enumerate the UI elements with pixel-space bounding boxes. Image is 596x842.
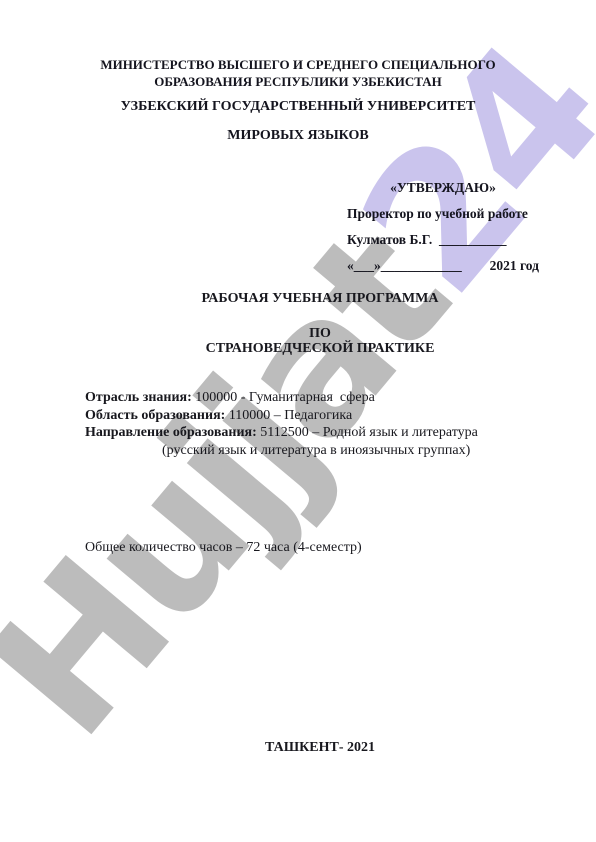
field-row-knowledge-branch: Отрасль знания: 100000 - Гуманитарная сф… <box>85 389 478 407</box>
university-name-line1: УЗБЕКСКИЙ ГОСУДАРСТВЕННЫЙ УНИВЕРСИТЕТ <box>0 99 596 115</box>
university-name-line2: МИРОВЫХ ЯЗЫКОВ <box>0 128 596 144</box>
field-label: Отрасль знания: <box>85 390 192 405</box>
program-title-line3: СТРАНОВЕДЧЕСКОЙ ПРАКТИКЕ <box>44 341 596 357</box>
field-value: 110000 – Педагогика <box>225 408 352 423</box>
approval-year-label: 2021 год <box>490 257 539 274</box>
document-page: Hujjat24 МИНИСТЕРСТВО ВЫСШЕГО И СРЕДНЕГО… <box>0 0 596 842</box>
city-year-footer: ТАШКЕНТ- 2021 <box>44 740 596 756</box>
total-hours-line: Общее количество часов – 72 часа (4-семе… <box>85 540 362 556</box>
field-label: Направление образования: <box>85 425 257 440</box>
study-fields-block: Отрасль знания: 100000 - Гуманитарная сф… <box>85 389 478 459</box>
approval-block: «УТВЕРЖДАЮ» Проректор по учебной работе … <box>347 179 539 283</box>
field-value: 5112500 – Родной язык и литература <box>257 425 478 440</box>
field-label: Область образования: <box>85 408 225 423</box>
field-value: 100000 - Гуманитарная сфера <box>192 390 375 405</box>
field-row-education-area: Область образования: 110000 – Педагогика <box>85 407 478 425</box>
field-row-direction-note: (русский язык и литература в иноязычных … <box>85 442 478 460</box>
program-title-line1: РАБОЧАЯ УЧЕБНАЯ ПРОГРАММА <box>44 291 596 307</box>
approver-position: Проректор по учебной работе <box>347 205 539 222</box>
approval-date-blank: «___»____________ <box>347 257 462 274</box>
approval-stamp-title: «УТВЕРЖДАЮ» <box>347 179 539 196</box>
program-title-line2: ПО <box>44 326 596 342</box>
field-value: (русский язык и литература в иноязычных … <box>162 443 470 458</box>
field-row-education-direction: Направление образования: 5112500 – Родно… <box>85 424 478 442</box>
ministry-title-line1: МИНИСТЕРСТВО ВЫСШЕГО И СРЕДНЕГО СПЕЦИАЛЬ… <box>0 57 596 73</box>
ministry-title-line2: ОБРАЗОВАНИЯ РЕСПУБЛИКИ УЗБЕКИСТАН <box>0 74 596 90</box>
approver-name-signature-line: Кулматов Б.Г. __________ <box>347 231 539 248</box>
approval-date-row: «___»____________ 2021 год <box>347 257 539 274</box>
